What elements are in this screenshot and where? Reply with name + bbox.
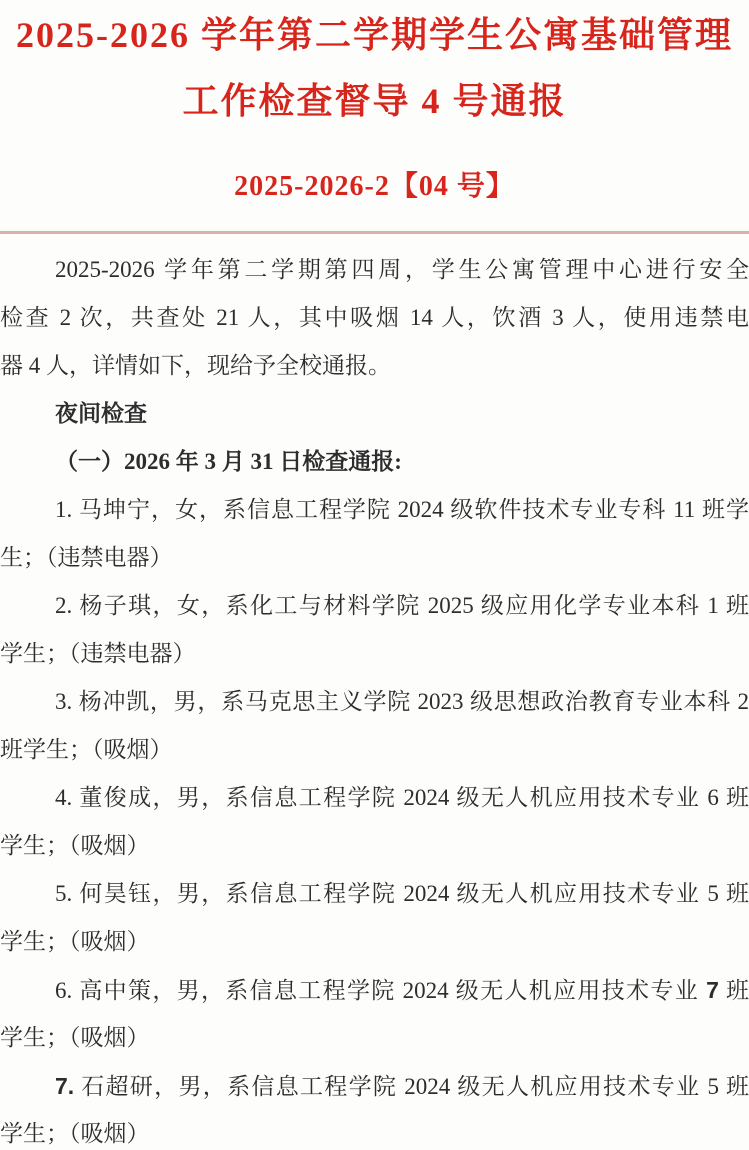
text-segment: 3. 杨冲凯，男，系马克思主义学院 2023 级思想政治教育专业本科 2 bbox=[55, 689, 749, 714]
text-segment: 生；（违禁电器） bbox=[0, 545, 173, 570]
document-title: 2025-2026 学年第二学期学生公寓基础管理工作检查督导 4 号通报 bbox=[0, 0, 749, 134]
text-line: （一）2026 年 3 月 31 日检查通报: bbox=[0, 438, 749, 486]
text-line: 2025-2026 学年第二学期第四周，学生公寓管理中心进行安全 bbox=[0, 246, 749, 294]
text-line: 1. 马坤宁，女，系信息工程学院 2024 级软件技术专业专科 11 班学 bbox=[0, 486, 749, 534]
document-number: 2025-2026-2【04 号】 bbox=[0, 170, 749, 204]
text-line: 5. 何昊钰，男，系信息工程学院 2024 级无人机应用技术专业 5 班 bbox=[0, 870, 749, 918]
header-divider bbox=[0, 231, 749, 234]
emphasized-text-segment: 7. bbox=[55, 1073, 74, 1099]
text-line: 3. 杨冲凯，男，系马克思主义学院 2023 级思想政治教育专业本科 2 bbox=[0, 678, 749, 726]
text-segment: 2. 杨子琪，女，系化工与材料学院 2025 级应用化学专业本科 1 班 bbox=[55, 593, 749, 618]
text-line: 4. 董俊成，男，系信息工程学院 2024 级无人机应用技术专业 6 班 bbox=[0, 774, 749, 822]
text-segment: 学生；（吸烟） bbox=[0, 1025, 150, 1050]
text-line: 班学生；（吸烟） bbox=[0, 726, 749, 774]
document-body: 2025-2026 学年第二学期第四周，学生公寓管理中心进行安全检查 2 次，共… bbox=[0, 246, 749, 1150]
text-line: 2. 杨子琪，女，系化工与材料学院 2025 级应用化学专业本科 1 班 bbox=[0, 582, 749, 630]
student-item-3: 3. 杨冲凯，男，系马克思主义学院 2023 级思想政治教育专业本科 2班学生；… bbox=[0, 678, 749, 774]
text-line: 器 4 人，详情如下，现给予全校通报。 bbox=[0, 342, 749, 390]
text-segment: 6. 高中策，男，系信息工程学院 2024 级无人机应用技术专业 bbox=[55, 978, 706, 1003]
student-item-7: 7. 石超研，男，系信息工程学院 2024 级无人机应用技术专业 5 班学生；（… bbox=[0, 1062, 749, 1150]
text-segment: 器 4 人，详情如下，现给予全校通报。 bbox=[0, 353, 391, 378]
emphasized-text-segment: 7 bbox=[706, 977, 719, 1003]
text-segment: 5. 何昊钰，男，系信息工程学院 2024 级无人机应用技术专业 5 班 bbox=[55, 881, 749, 906]
text-segment: 学生；（违禁电器） bbox=[0, 641, 196, 666]
text-line: 学生；（吸烟） bbox=[0, 822, 749, 870]
section-heading-night-check: 夜间检查 bbox=[0, 390, 749, 438]
text-segment: 班学生；（吸烟） bbox=[0, 737, 173, 762]
text-line: 学生；（违禁电器） bbox=[0, 630, 749, 678]
text-segment: 学生；（吸烟） bbox=[0, 833, 150, 858]
notice-document: 2025-2026 学年第二学期学生公寓基础管理工作检查督导 4 号通报 202… bbox=[0, 0, 749, 1150]
text-line: 学生；（吸烟） bbox=[0, 1110, 749, 1150]
intro-paragraph: 2025-2026 学年第二学期第四周，学生公寓管理中心进行安全检查 2 次，共… bbox=[0, 246, 749, 390]
text-line: 学生；（吸烟） bbox=[0, 918, 749, 966]
text-segment: 1. 马坤宁，女，系信息工程学院 2024 级软件技术专业专科 11 班学 bbox=[55, 497, 749, 522]
title-line-2: 工作检查督导 4 号通报 bbox=[182, 81, 566, 121]
paragraph-list: 2025-2026 学年第二学期第四周，学生公寓管理中心进行安全检查 2 次，共… bbox=[0, 246, 749, 1150]
text-segment: 学生；（吸烟） bbox=[0, 929, 150, 954]
text-segment: 班 bbox=[719, 978, 749, 1003]
text-line: 生；（违禁电器） bbox=[0, 534, 749, 582]
student-item-1: 1. 马坤宁，女，系信息工程学院 2024 级软件技术专业专科 11 班学生；（… bbox=[0, 486, 749, 582]
title-line-1: 2025-2026 学年第二学期学生公寓基础管理 bbox=[16, 15, 733, 55]
student-item-5: 5. 何昊钰，男，系信息工程学院 2024 级无人机应用技术专业 5 班学生；（… bbox=[0, 870, 749, 966]
text-segment: 检查 2 次，共查处 21 人，其中吸烟 14 人，饮酒 3 人，使用违禁电 bbox=[0, 305, 749, 330]
text-segment: 夜间检查 bbox=[55, 401, 147, 426]
subsection-heading-date: （一）2026 年 3 月 31 日检查通报: bbox=[0, 438, 749, 486]
text-segment: （一）2026 年 3 月 31 日检查通报: bbox=[55, 449, 402, 474]
document-header: 2025-2026 学年第二学期学生公寓基础管理工作检查督导 4 号通报 202… bbox=[0, 0, 749, 234]
text-segment: 2025-2026 学年第二学期第四周，学生公寓管理中心进行安全 bbox=[55, 257, 749, 282]
student-item-2: 2. 杨子琪，女，系化工与材料学院 2025 级应用化学专业本科 1 班学生；（… bbox=[0, 582, 749, 678]
text-segment: 学生；（吸烟） bbox=[0, 1121, 150, 1146]
text-segment: 4. 董俊成，男，系信息工程学院 2024 级无人机应用技术专业 6 班 bbox=[55, 785, 749, 810]
text-line: 学生；（吸烟） bbox=[0, 1014, 749, 1062]
student-item-4: 4. 董俊成，男，系信息工程学院 2024 级无人机应用技术专业 6 班学生；（… bbox=[0, 774, 749, 870]
text-segment: 石超研，男，系信息工程学院 2024 级无人机应用技术专业 5 班 bbox=[74, 1074, 749, 1099]
text-line: 夜间检查 bbox=[0, 390, 749, 438]
text-line: 检查 2 次，共查处 21 人，其中吸烟 14 人，饮酒 3 人，使用违禁电 bbox=[0, 294, 749, 342]
text-line: 6. 高中策，男，系信息工程学院 2024 级无人机应用技术专业 7 班 bbox=[0, 966, 749, 1014]
student-item-6: 6. 高中策，男，系信息工程学院 2024 级无人机应用技术专业 7 班学生；（… bbox=[0, 966, 749, 1062]
text-line: 7. 石超研，男，系信息工程学院 2024 级无人机应用技术专业 5 班 bbox=[0, 1062, 749, 1110]
